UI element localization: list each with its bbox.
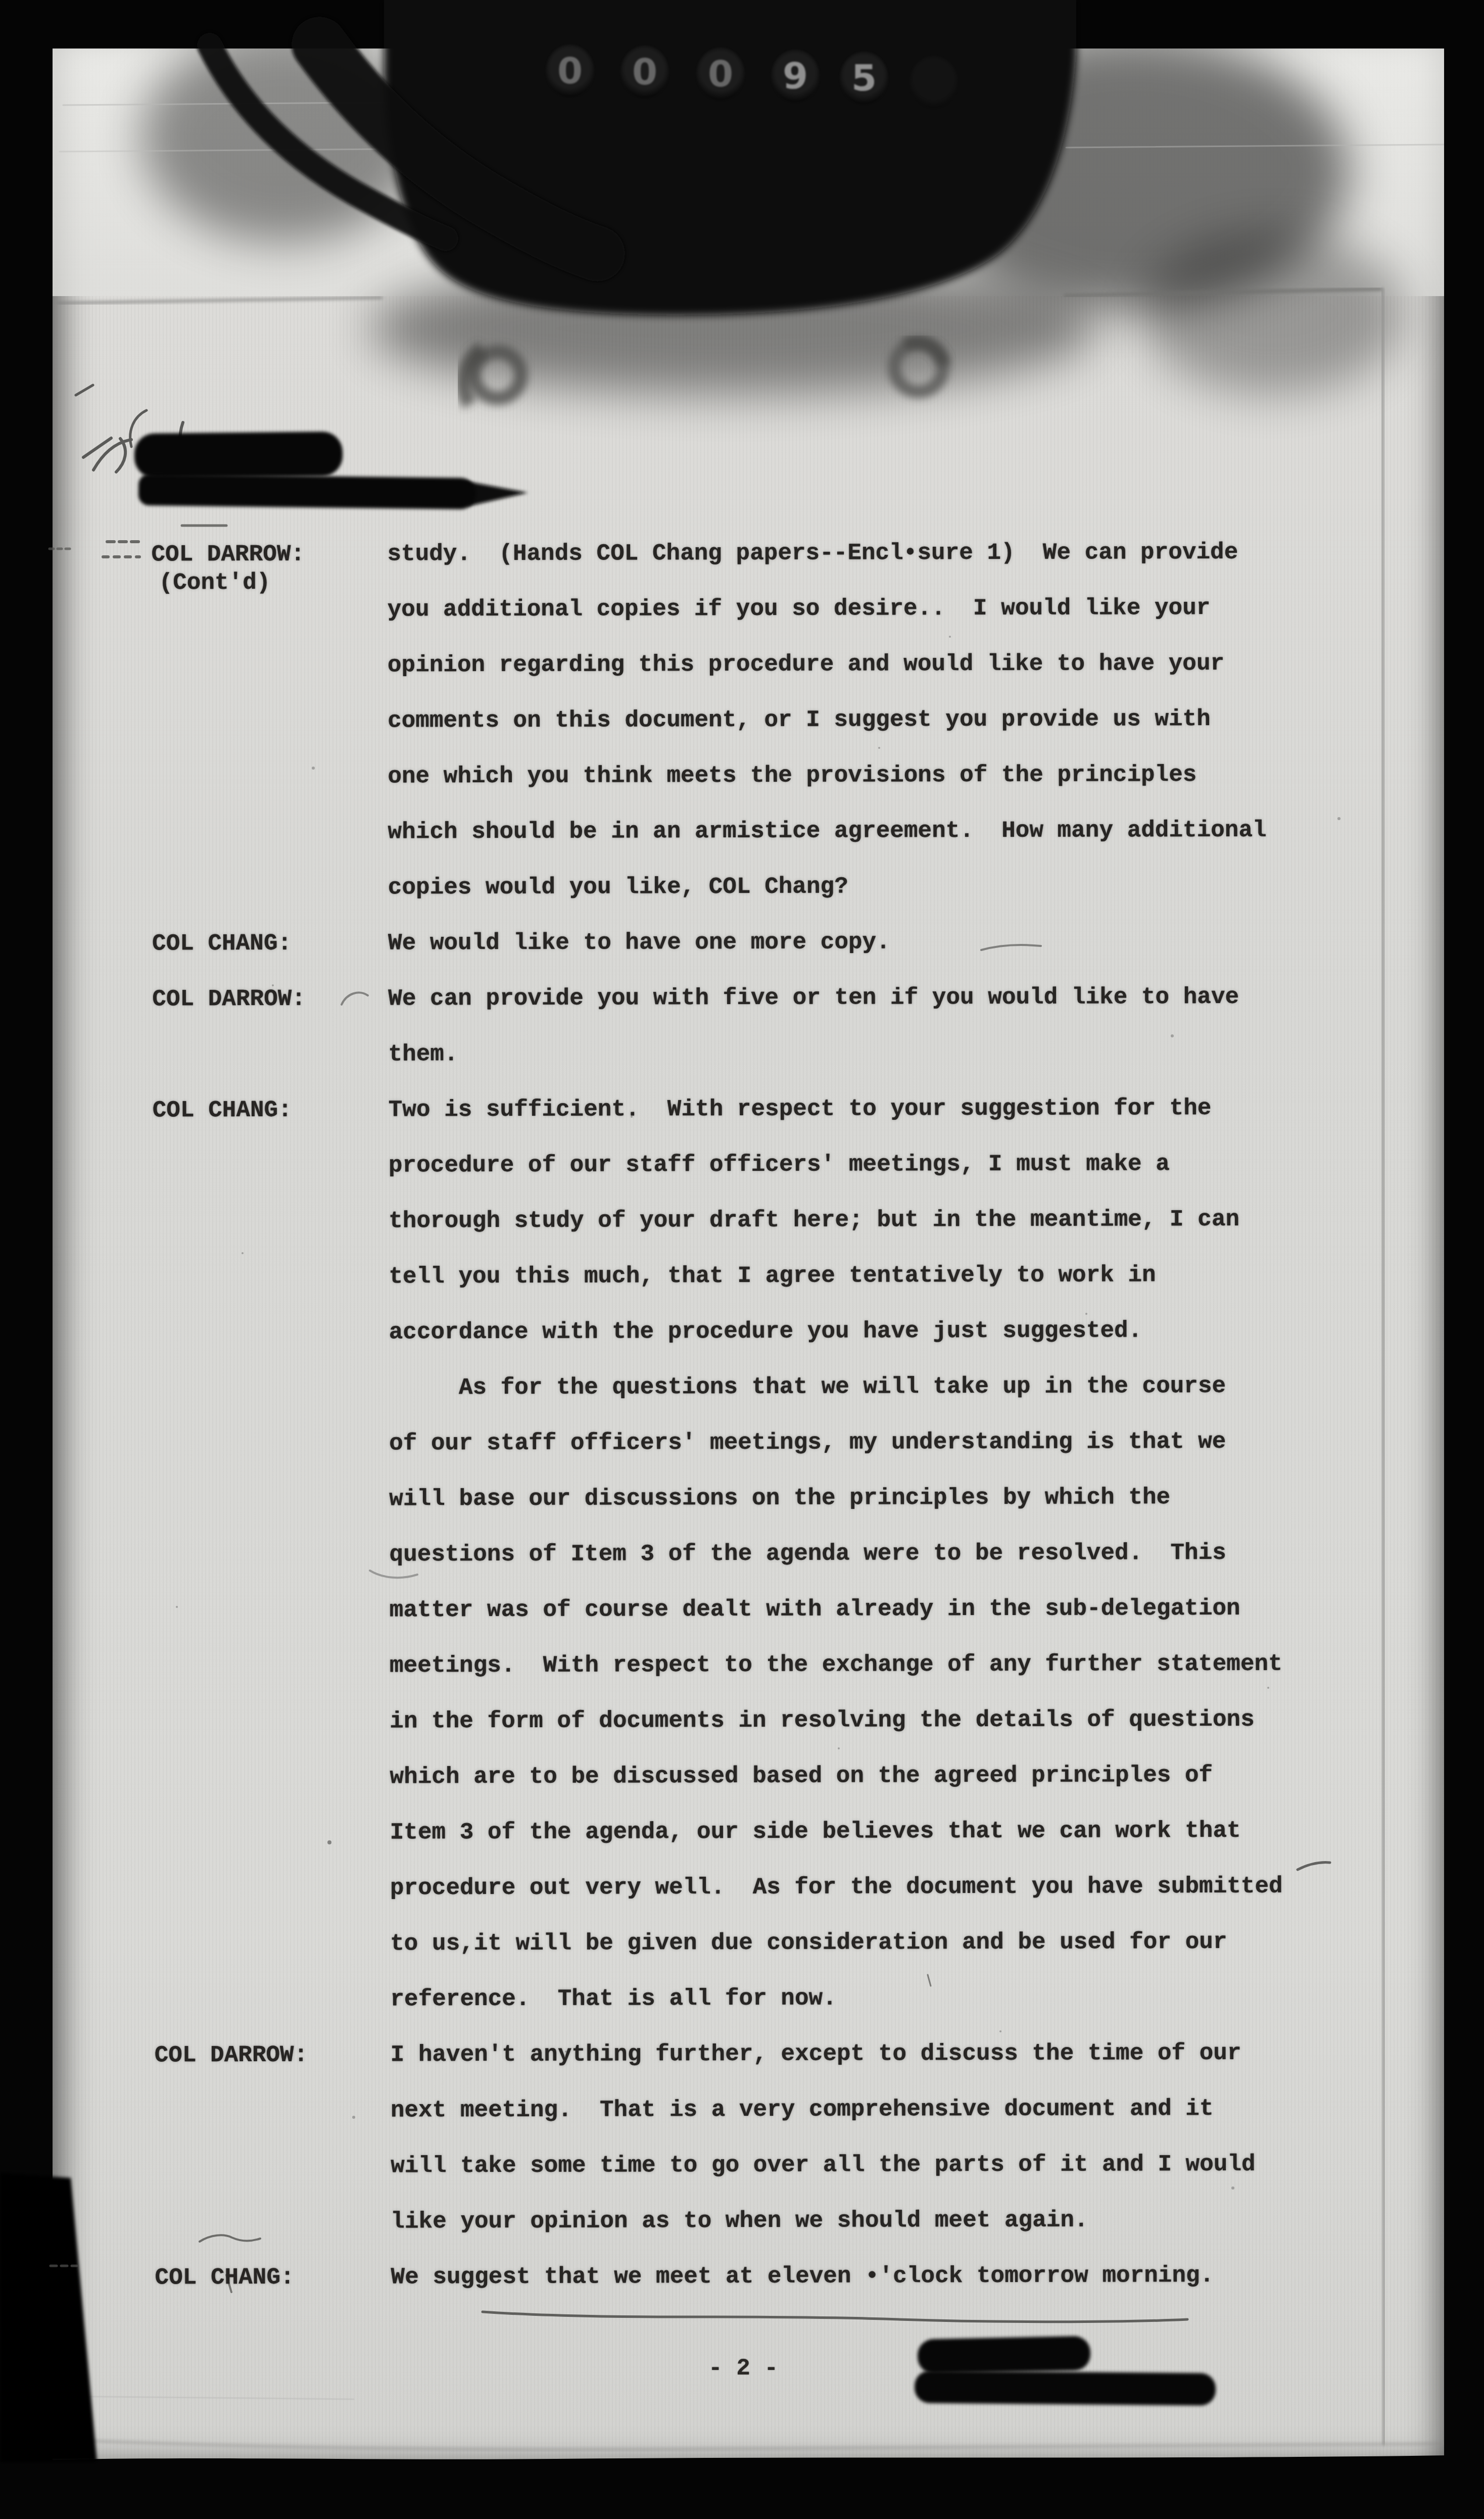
- transcript-text: We suggest that we meet at eleven •'cloc…: [391, 2248, 1214, 2305]
- transcript-row: you additional copies if you so desire..…: [0, 580, 1482, 638]
- transcript-text: study. (Hands COL Chang papers--Encl•sur…: [387, 525, 1238, 582]
- transcript-row: COL CHANG:Two is sufficient. With respec…: [0, 1080, 1483, 1138]
- transcript-text: Two is sufficient. With respect to your …: [389, 1080, 1212, 1137]
- counter-digit-wheel: 0: [620, 45, 669, 98]
- transcript-text: will take some time to go over all the p…: [391, 2136, 1256, 2194]
- transcript-text: opinion regarding this procedure and wou…: [388, 636, 1225, 693]
- transcript-row: COL DARROW:We can provide you with five …: [0, 969, 1483, 1027]
- redaction-bar: [917, 2336, 1090, 2373]
- counter-digit-wheel: [909, 56, 958, 108]
- transcript-text: in the form of documents in resolving th…: [390, 1692, 1255, 1749]
- transcript-row: in the form of documents in resolving th…: [1, 1691, 1484, 1750]
- speaker-label: COL DARROW:: [152, 971, 306, 1027]
- transcript-row: which are to be discussed based on the a…: [1, 1747, 1484, 1805]
- transcript-row: thorough study of your draft here; but i…: [0, 1191, 1483, 1250]
- transcript-row: comments on this document, or I suggest …: [0, 691, 1482, 749]
- counter-digit-wheel: 0: [696, 47, 745, 100]
- transcript-text: matter was of course dealt with already …: [390, 1581, 1240, 1638]
- transcript-row: reference. That is all for now.: [1, 1969, 1484, 2028]
- transcript-row: copies would you like, COL Chang?: [0, 858, 1483, 916]
- transcript-row: to us,it will be given due consideration…: [1, 1914, 1484, 1972]
- transcript-text: As for the questions that we will take u…: [389, 1358, 1226, 1415]
- transcript-row: next meeting. That is a very comprehensi…: [2, 2080, 1484, 2139]
- transcript-row: will take some time to go over all the p…: [2, 2136, 1484, 2195]
- transcript-text: procedure out very well. As for the docu…: [390, 1859, 1283, 1916]
- speaker-label: COL DARROW:: [155, 2027, 308, 2083]
- speaker-label: COL CHANG:: [152, 916, 292, 972]
- transcript-row: like your opinion as to when we should m…: [2, 2192, 1484, 2250]
- transcript-text: which should be in an armistice agreemen…: [388, 802, 1266, 860]
- handwritten-underline: [483, 2312, 1187, 2322]
- transcript-text: accordance with the procedure you have j…: [389, 1303, 1142, 1360]
- transcript-text: you additional copies if you so desire..…: [388, 580, 1211, 637]
- transcript-text: I haven't anything further, except to di…: [391, 2025, 1241, 2083]
- transcript-row: COL CHANG:We suggest that we meet at ele…: [2, 2247, 1484, 2306]
- transcript-row: questions of Item 3 of the agenda were t…: [0, 1525, 1484, 1583]
- transcript-row: procedure out very well. As for the docu…: [1, 1858, 1484, 1917]
- transcript-text: comments on this document, or I suggest …: [388, 691, 1211, 748]
- transcript-text: thorough study of your draft here; but i…: [389, 1192, 1239, 1249]
- transcript-text: of our staff officers' meetings, my unde…: [389, 1414, 1226, 1471]
- transcript-row: tell you this much, that I agree tentati…: [0, 1247, 1484, 1305]
- transcript-text: to us,it will be given due consideration…: [390, 1914, 1227, 1971]
- transcript-row: opinion regarding this procedure and wou…: [0, 635, 1482, 694]
- transcript-row: Item 3 of the agenda, our side believes …: [1, 1802, 1484, 1861]
- counter-digit-wheel: 5: [840, 52, 888, 104]
- speaker-label: COL CHANG:: [155, 2250, 294, 2306]
- transcript-text: one which you think meets the provisions…: [388, 747, 1196, 804]
- transcript-text: copies would you like, COL Chang?: [388, 859, 848, 916]
- counter-digit-wheel: 9: [771, 50, 820, 102]
- transcript-row: one which you think meets the provisions…: [0, 746, 1482, 805]
- scanned-transcript-page: 0 0 0 9 5 COL DARROW:(Cont'd)study. (Han…: [0, 0, 1484, 2519]
- transcript-row: As for the questions that we will take u…: [0, 1358, 1484, 1416]
- transcript-row: matter was of course dealt with already …: [1, 1580, 1484, 1639]
- transcript-text: tell you this much, that I agree tentati…: [389, 1247, 1156, 1304]
- transcript-row: COL DARROW:(Cont'd)study. (Hands COL Cha…: [0, 524, 1482, 583]
- transcript-row: which should be in an armistice agreemen…: [0, 802, 1483, 861]
- transcript-text: like your opinion as to when we should m…: [391, 2193, 1088, 2250]
- transcript-lines: COL DARROW:(Cont'd)study. (Hands COL Cha…: [0, 524, 1484, 2306]
- transcript-text: We would like to have one more copy.: [388, 914, 890, 971]
- transcript-text: procedure of our staff officers' meeting…: [389, 1136, 1170, 1193]
- redaction-bar: [134, 432, 343, 478]
- transcript-row: COL DARROW:I haven't anything further, e…: [2, 2025, 1484, 2083]
- transcript-text: We can provide you with five or ten if y…: [388, 969, 1239, 1027]
- transcript-row: them.: [0, 1024, 1483, 1083]
- transcript-row: meetings. With respect to the exchange o…: [1, 1636, 1484, 1694]
- transcript-text: them.: [388, 1026, 458, 1082]
- transcript-row: procedure of our staff officers' meeting…: [0, 1135, 1483, 1194]
- transcript-text: next meeting. That is a very comprehensi…: [391, 2081, 1214, 2138]
- transcript-text: meetings. With respect to the exchange o…: [390, 1636, 1282, 1694]
- transcript-row: accordance with the procedure you have j…: [0, 1302, 1484, 1361]
- counter-digit-wheel: 0: [546, 44, 594, 97]
- transcript-text: will base our discussions on the princip…: [389, 1469, 1170, 1527]
- speaker-label: COL CHANG:: [153, 1082, 292, 1138]
- redaction-bar: [915, 2370, 1216, 2405]
- transcript-text: which are to be discussed based on the a…: [390, 1747, 1213, 1804]
- transcript-row: of our staff officers' meetings, my unde…: [0, 1413, 1484, 1472]
- transcript-row: COL CHANG:We would like to have one more…: [0, 913, 1483, 972]
- page-number: - 2 -: [708, 2341, 778, 2396]
- transcript-text: questions of Item 3 of the agenda were t…: [389, 1525, 1226, 1582]
- transcript-row: will base our discussions on the princip…: [0, 1469, 1484, 1528]
- transcript-text: Item 3 of the agenda, our side believes …: [390, 1803, 1241, 1861]
- transcript-text: reference. That is all for now.: [390, 1971, 837, 2027]
- redaction-bar: [138, 474, 476, 509]
